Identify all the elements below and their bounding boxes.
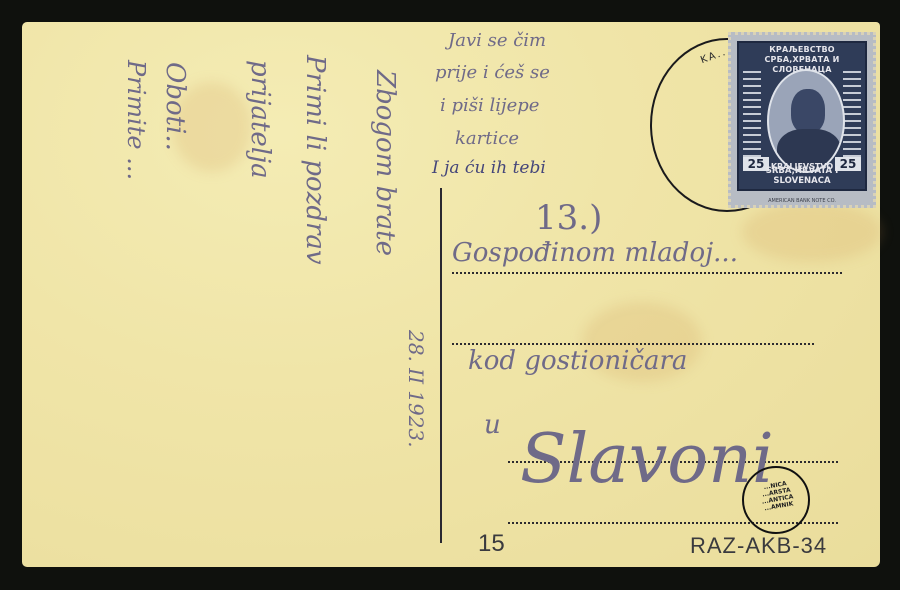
message-column: prijatelja — [245, 60, 275, 179]
message-column: Primi li pozdrav — [300, 55, 330, 265]
address-line — [452, 272, 842, 274]
address-prefix: u — [484, 410, 501, 440]
stamp-bottom-text: SRBA,HRVATA I SLOVENACA — [739, 166, 865, 186]
archive-stamp-text: ...NICA ...ARSTA ...ANTICA ...AMNIK — [750, 478, 804, 514]
paper-stain — [742, 202, 882, 262]
address-line — [452, 343, 814, 345]
postage-stamp: КРАЉЕВСТВО СРБА,ХРВАТА И СЛОВЕНАЦА 25 25… — [728, 32, 876, 208]
message-column: Oboti.. — [160, 62, 190, 151]
archive-stamp: ...NICA ...ARSTA ...ANTICA ...AMNIK — [742, 466, 810, 534]
catalog-reference: RAZ-AKB-34 — [690, 533, 827, 559]
address-line-1: Gospođinom mladoj... — [452, 238, 738, 268]
message-column: Zbogom brate — [370, 70, 400, 256]
note-line: Javi se čim — [448, 30, 546, 51]
page-number: 15 — [478, 530, 505, 558]
note-line: prije i ćeš se — [435, 62, 550, 83]
message-column: Primite ... — [122, 60, 150, 180]
note-line: I ja ću ih tebi — [432, 158, 546, 178]
stamp-portrait — [767, 69, 845, 173]
stamp-ornament — [743, 69, 761, 169]
address-line-2: kod gostioničara — [468, 346, 687, 376]
dateline: 28. II 1923. — [404, 330, 428, 448]
portrait-head — [791, 89, 825, 133]
note-line: kartice — [455, 128, 519, 149]
address-number: 13.) — [535, 198, 602, 238]
stamp-printer: AMERICAN BANK NOTE CO. — [731, 198, 873, 204]
stamp-ornament — [843, 69, 861, 169]
address-line-3: Slavoni — [520, 420, 774, 499]
note-line: i piši lijepe — [440, 95, 539, 116]
stamp-header-line: КРАЉЕВСТВО — [739, 45, 865, 55]
card-divider — [440, 188, 442, 543]
